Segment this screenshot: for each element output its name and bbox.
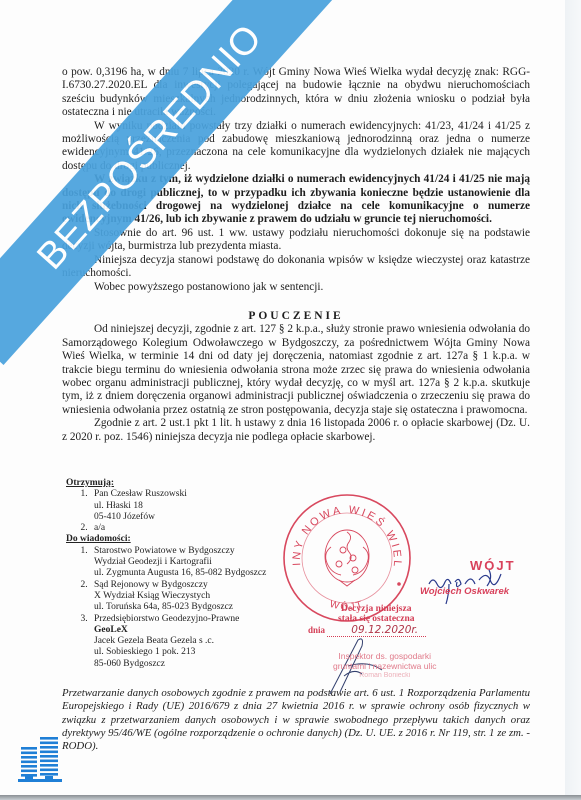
recipient-city: 05-410 Józefów xyxy=(94,512,296,523)
cc-item: Starostwo Powiatowe w Bydgoszczy Wydział… xyxy=(90,546,296,580)
cc-line: ul. Sobieskiego 1 pok. 213 xyxy=(94,647,296,658)
cc-line: ul. Toruńska 64a, 85-023 Bydgoszcz xyxy=(94,602,296,613)
paragraph-land-registry: Niniejsza decyzja stanowi podstawę do do… xyxy=(62,254,530,281)
recipient-item: Pan Czesław Ruszowski ul. Hłaski 18 05-4… xyxy=(90,489,296,523)
paragraph-conclusion: Wobec powyższego postanowiono jak w sent… xyxy=(62,281,530,294)
cc-line: Wydział Geodezji i Kartografii xyxy=(94,557,296,568)
recipient-name: Pan Czesław Ruszowski xyxy=(94,489,296,500)
cc-item: Przedsiębiorstwo Geodezyjno-Prawne GeoLe… xyxy=(90,614,296,670)
cc-line: Starostwo Powiatowe w Bydgoszczy xyxy=(94,546,296,557)
scanned-document-page: o pow. 0,3196 ha, w dniu 7 lipca 2020 r.… xyxy=(0,0,565,795)
recipients-list: Pan Czesław Ruszowski ul. Hłaski 18 05-4… xyxy=(66,489,296,534)
recipient-archive: a/a xyxy=(94,523,296,534)
building-logo-icon xyxy=(18,733,64,783)
cc-item: Sąd Rejonowy w Bydgoszczy X Wydział Ksią… xyxy=(90,580,296,614)
rodo-clause: Przetwarzanie danych osobowych zgodnie z… xyxy=(62,687,530,754)
finality-date: dnia 09.12.2020r. xyxy=(308,624,426,636)
cc-line: Jacek Gezela Beata Gezela s .c. xyxy=(94,636,296,647)
finality-line-1: Decyzja niniejsza xyxy=(338,604,415,614)
recipient-item: a/a xyxy=(90,523,296,534)
recipient-street: ul. Hłaski 18 xyxy=(94,501,296,512)
recipients-title: Otrzymują: xyxy=(66,478,296,489)
finality-stamp: Decyzja niniejsza stała się ostateczna xyxy=(338,604,415,624)
inspector-line-2: gruntami i nazewnictwa ulic xyxy=(333,661,436,671)
pouczenie-appeal: Od niniejszej decyzji, zgodnie z art. 12… xyxy=(62,323,530,417)
cc-line: Przedsiębiorstwo Geodezyjno-Prawne xyxy=(94,614,296,625)
cc-line: Sąd Rejonowy w Bydgoszczy xyxy=(94,580,296,591)
scan-edge-right xyxy=(565,0,581,800)
finality-line-2: stała się ostateczna xyxy=(338,614,415,624)
inspector-stamp: Inspektor ds. gospodarki gruntami i naze… xyxy=(333,651,436,681)
pouczenie-heading: POUCZENIE xyxy=(62,310,530,323)
cc-company-name: GeoLeX xyxy=(94,625,296,636)
cc-line: X Wydział Ksiąg Wieczystych xyxy=(94,591,296,602)
cc-line: 85-060 Bydgoszcz xyxy=(94,659,296,670)
distribution-list: Otrzymują: Pan Czesław Ruszowski ul. Hła… xyxy=(66,478,296,670)
eagle-emblem-icon xyxy=(325,530,369,586)
inspector-line-1: Inspektor ds. gospodarki xyxy=(333,651,436,661)
cc-list: Starostwo Powiatowe w Bydgoszczy Wydział… xyxy=(66,546,296,670)
inspector-name: Roman Boniecki xyxy=(333,671,436,681)
pouczenie-stamp-duty: Zgodnie z art. 2 ust.1 pkt 1 lit. h usta… xyxy=(62,417,530,444)
wojt-name-stamp: Wojciech Oskwarek xyxy=(420,586,509,597)
cc-title: Do wiadomości: xyxy=(66,534,296,545)
scan-edge-bottom xyxy=(0,795,581,800)
paragraph-legal-basis: Stosownie do art. 96 ust. 1 ww. ustawy p… xyxy=(62,227,530,254)
cc-line: ul. Zygmunta Augusta 16, 85-082 Bydgoszc… xyxy=(94,568,296,579)
date-label: dnia xyxy=(308,625,325,635)
